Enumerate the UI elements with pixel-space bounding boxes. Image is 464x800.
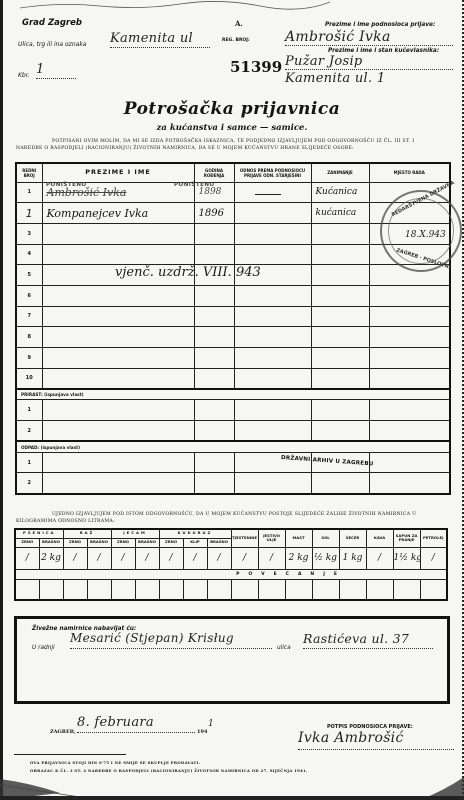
name-cell[interactable] (42, 400, 194, 421)
table-row: 1 (16, 452, 450, 473)
supply-cell[interactable]: 1½ kg (393, 547, 420, 569)
supply-cell[interactable]: / (366, 547, 393, 569)
declaration-line-1: UJEDNO IZJAVLJUJEM POD ISTOM ODGOVORNOŠĆ… (52, 512, 416, 517)
table-row: 2 (16, 473, 450, 494)
supply-cell[interactable]: / (159, 547, 183, 569)
date-field[interactable]: 8. februara (77, 715, 195, 733)
col-header-birth-year: GODINA ROĐENJA (194, 163, 234, 182)
relation-cell[interactable] (234, 400, 311, 421)
occupation-cell[interactable] (311, 473, 369, 494)
supply-increase-cell[interactable] (63, 579, 87, 600)
group-header-barley: JEČAM (111, 529, 159, 538)
document-page: Grad Zagreb Ulica, trg ili ina oznaka Ka… (0, 0, 464, 800)
supply-cell[interactable]: / (63, 547, 87, 569)
birth-year-cell[interactable] (194, 223, 234, 244)
birth-year-cell[interactable] (194, 348, 234, 369)
birth-year-cell[interactable] (194, 452, 234, 473)
supply-increase-cell[interactable] (258, 579, 285, 600)
supply-increase-cell[interactable] (339, 579, 366, 600)
row-number: 1 (16, 203, 42, 224)
decrease-section-label: ODPAD: (ispunjava vlast) (16, 441, 450, 452)
col-header-relation: ODNOS PREMA PODNOSIOCU PRIJAVE ODN. STAR… (234, 163, 311, 182)
group-header-wheat: PŠENICA (15, 529, 63, 538)
table-row: 1 (16, 400, 450, 421)
col-header-barley-flour: BRAŠNO (135, 538, 159, 547)
supply-cell[interactable]: / (111, 547, 135, 569)
workplace-cell[interactable] (369, 285, 450, 306)
supply-increase-cell[interactable] (285, 579, 312, 600)
col-header-salt: SOL (312, 529, 339, 547)
supply-cell[interactable]: / (207, 547, 231, 569)
col-header-wheat-grain: ZRNO (15, 538, 39, 547)
workplace-cell[interactable] (369, 368, 450, 389)
intro-line-1: POTPISANI OVIM MOLIM, DA MI SE IZDA POTR… (52, 139, 414, 144)
supply-increase-cell[interactable] (135, 579, 159, 600)
relation-cell[interactable] (234, 306, 311, 327)
relation-cell[interactable] (234, 473, 311, 494)
supply-increase-cell[interactable] (39, 579, 63, 600)
supply-cell[interactable]: ½ kg (312, 547, 339, 569)
workplace-cell[interactable] (369, 452, 450, 473)
col-header-coffee: KAVA (366, 529, 393, 547)
occupation-cell[interactable]: kućanica (311, 203, 369, 224)
supplies-increase-row (15, 579, 447, 600)
birth-year-cell[interactable] (194, 327, 234, 348)
supplies-increase-label-row: POVEĆANJE (15, 569, 447, 579)
occupation-cell[interactable] (311, 348, 369, 369)
relation-cell[interactable] (234, 421, 311, 442)
supply-cell[interactable]: / (183, 547, 207, 569)
workplace-cell[interactable] (369, 306, 450, 327)
name-cell[interactable]: Kompanejcev Ivka (42, 203, 194, 224)
street-label: Ulica, trg ili ina oznaka (18, 41, 86, 48)
col-header-rye-flour: BRAŠNO (87, 538, 111, 547)
supply-cell[interactable]: 2 kg (285, 547, 312, 569)
row-number: 8 (16, 327, 42, 348)
form-subtitle: za kućanstva i samce — samice. (0, 123, 464, 133)
table-row: 10 (16, 368, 450, 389)
shop-label: U radnji (32, 645, 55, 651)
intro-line-2: NAREDBE O RASPODJELI (RACIONIRANJU) ŽIVO… (16, 146, 354, 151)
declaration-line-2: KILOGRAMIMA ODNOSNO LITRAMA: (16, 519, 115, 524)
occupation-cell[interactable] (311, 368, 369, 389)
row-number: 2 (16, 421, 42, 442)
name-cell[interactable] (42, 223, 194, 244)
form-letter: A. (235, 19, 243, 28)
supply-increase-cell[interactable] (87, 579, 111, 600)
table-row: 8 (16, 327, 450, 348)
note-part-a: vjenč. uzdrž. (115, 265, 199, 280)
owner-address-field[interactable]: Kamenita ul. 1 (285, 71, 453, 87)
row-number: 2 (16, 473, 42, 494)
house-number-label: Kbr. (18, 72, 30, 79)
applicant-field[interactable]: Ambrošić Ivka (285, 29, 453, 46)
footer-divider (14, 754, 126, 755)
supplies-table: PŠENICA RAŽ JEČAM KUKURUZ TJESTENINE JES… (14, 528, 448, 601)
relation-cell[interactable] (234, 244, 311, 265)
row-number: 7 (16, 306, 42, 327)
group-header-rye: RAŽ (63, 529, 111, 538)
occupation-cell[interactable] (311, 400, 369, 421)
note-part-c: 943 (236, 265, 261, 280)
intro-text: POTPISANI OVIM MOLIM, DA MI SE IZDA POTR… (16, 138, 456, 152)
relation-cell[interactable] (234, 182, 311, 203)
owner-field[interactable]: Pužar Josip (285, 54, 453, 70)
supply-cell[interactable]: / (231, 547, 258, 569)
increase-section-row: PRIRAST: (ispunjava vlast) (16, 389, 450, 400)
row-number: 1 (16, 452, 42, 473)
birth-year-cell[interactable] (194, 244, 234, 265)
col-header-sugar: ŠEĆER (339, 529, 366, 547)
place-label: ZAGREB, (50, 729, 76, 735)
persons-header-row: REDNI BROJ PREZIME I IME GODINA ROĐENJA … (16, 163, 450, 182)
name-cell[interactable] (42, 473, 194, 494)
name-cell[interactable] (42, 348, 194, 369)
relation-cell[interactable] (234, 203, 311, 224)
name-cell[interactable] (42, 368, 194, 389)
name-cell[interactable] (42, 327, 194, 348)
workplace-cell[interactable] (369, 348, 450, 369)
increase-section-label: PRIRAST: (ispunjava vlast) (16, 389, 450, 400)
row-number: 4 (16, 244, 42, 265)
supply-increase-cell[interactable] (366, 579, 393, 600)
relation-dash (255, 194, 281, 195)
supply-increase-cell[interactable] (393, 579, 420, 600)
relation-cell[interactable] (234, 348, 311, 369)
supply-cell[interactable]: / (15, 547, 39, 569)
supply-increase-cell[interactable] (183, 579, 207, 600)
scan-edge-left (0, 0, 3, 800)
supply-increase-cell[interactable] (312, 579, 339, 600)
occupation-cell[interactable] (311, 306, 369, 327)
col-header-lard: MAST (285, 529, 312, 547)
birth-year-cell[interactable] (194, 306, 234, 327)
relation-cell[interactable] (234, 285, 311, 306)
supply-cell[interactable]: / (135, 547, 159, 569)
relation-cell[interactable] (234, 223, 311, 244)
supply-increase-cell[interactable] (207, 579, 231, 600)
row-number: 1 (16, 400, 42, 421)
birth-year-cell[interactable] (194, 368, 234, 389)
col-header-oil: JESTIVO ULJE (258, 529, 285, 547)
row-number: 10 (16, 368, 42, 389)
occupation-cell[interactable] (311, 265, 369, 286)
birth-year-cell[interactable] (194, 421, 234, 442)
col-header-rye-grain: ZRNO (63, 538, 87, 547)
row-number: 3 (16, 223, 42, 244)
col-header-wheat-flour: BRAŠNO (39, 538, 63, 547)
occupation-cell[interactable] (311, 244, 369, 265)
workplace-cell[interactable] (369, 400, 450, 421)
row-number: 1 (16, 182, 42, 203)
shop-street-label: ulica (277, 645, 291, 651)
reg-number-label: REG. BROJ: (222, 38, 250, 43)
name-cell[interactable] (42, 421, 194, 442)
occupation-cell[interactable]: Kućanica (311, 182, 369, 203)
occupation-cell[interactable] (311, 223, 369, 244)
col-header-kerosene: PETROLEJ (420, 529, 447, 547)
supply-cell[interactable]: 1 kg (339, 547, 366, 569)
name-cell[interactable] (42, 306, 194, 327)
applicant-label: Prezime i ime podnosioca prijave: (325, 22, 435, 28)
occupation-cell[interactable] (311, 327, 369, 348)
cancel-stamp-left: PONIŠTENO (46, 182, 87, 188)
row-number: 9 (16, 348, 42, 369)
col-header-soap: SAPUN ZA PRANJE (393, 529, 420, 547)
row-number: 5 (16, 265, 42, 286)
form-title: Potrošačka prijavnica (0, 99, 464, 119)
supply-increase-cell[interactable] (111, 579, 135, 600)
occupation-cell[interactable] (311, 421, 369, 442)
table-row: 6 (16, 285, 450, 306)
group-header-corn: KUKURUZ (159, 529, 231, 538)
col-header-corn-cob: KLIP (183, 538, 207, 547)
table-row: 9 (16, 348, 450, 369)
table-row: 2 (16, 421, 450, 442)
supply-increase-cell[interactable] (231, 579, 258, 600)
shop-field[interactable]: Mesarić (Stjepan) Krisług (70, 631, 272, 649)
name-cell[interactable] (42, 244, 194, 265)
workplace-cell[interactable] (369, 473, 450, 494)
workplace-cell[interactable] (369, 327, 450, 348)
stamp-date: 18.X.943 (405, 230, 446, 240)
footer-note-regulation: OBRAZAC K ČL. 3 ST. 2 NAREDBE O RASPODJE… (30, 768, 308, 773)
supplies-values-row: / 2 kg / / / / / / / / / 2 kg ½ kg 1 kg … (15, 547, 447, 569)
supply-increase-cell[interactable] (420, 579, 447, 600)
col-header-corn-flour: BRAŠNO (207, 538, 231, 547)
signature-field[interactable]: Ivka Ambrošić (298, 730, 454, 750)
supplies-group-header-row: PŠENICA RAŽ JEČAM KUKURUZ TJESTENINE JES… (15, 529, 447, 538)
col-header-name: PREZIME I IME (42, 163, 194, 182)
col-header-corn-grain: ZRNO (159, 538, 183, 547)
supply-cell[interactable]: / (420, 547, 447, 569)
year-prefix: 194 (197, 729, 207, 735)
occupation-cell[interactable] (311, 285, 369, 306)
supply-cell[interactable]: / (87, 547, 111, 569)
relation-cell[interactable] (234, 327, 311, 348)
table-row: 7 (16, 306, 450, 327)
workplace-cell[interactable] (369, 421, 450, 442)
house-number-field[interactable]: 1 (36, 62, 76, 79)
increase-label: POVEĆANJE (15, 569, 447, 579)
cancel-stamp-right: PONIŠTENO (174, 182, 215, 188)
scan-artifact-bottom (0, 775, 464, 800)
col-header-no: REDNI BROJ (16, 163, 42, 182)
row-number: 6 (16, 285, 42, 306)
reg-number: 51399 (230, 58, 282, 76)
col-header-occupation: ZANIMANJE (311, 163, 369, 182)
handwritten-note: vjenč. uzdrž. VIII. 943 (115, 265, 261, 280)
note-part-b: VIII. (203, 265, 232, 280)
street-field[interactable]: Kamenita ul (110, 31, 210, 48)
name-cell[interactable] (42, 285, 194, 306)
supply-increase-cell[interactable] (159, 579, 183, 600)
year-field[interactable]: 1 (208, 719, 214, 729)
declaration-text: UJEDNO IZJAVLJUJEM POD ISTOM ODGOVORNOŠĆ… (16, 511, 456, 525)
col-header-barley-grain: ZRNO (111, 538, 135, 547)
supply-cell[interactable]: / (258, 547, 285, 569)
supply-cell[interactable]: 2 kg (39, 547, 63, 569)
supply-increase-cell[interactable] (15, 579, 39, 600)
city-name: Grad Zagreb (22, 18, 82, 28)
birth-year-cell[interactable]: 1896 (194, 203, 234, 224)
shop-street-field[interactable]: Rastićeva ul. 37 (303, 631, 433, 649)
col-header-workplace: MJESTO RADA (369, 163, 450, 182)
scan-artifact-top (20, 0, 330, 10)
birth-year-cell[interactable] (194, 473, 234, 494)
name-cell[interactable] (42, 452, 194, 473)
birth-year-cell[interactable] (194, 400, 234, 421)
col-header-pasta: TJESTENINE (231, 529, 258, 547)
relation-cell[interactable] (234, 368, 311, 389)
footer-note-price: OVA PRIJAVNICA STOJI DIN 0'75 I NE SMIJE… (30, 760, 200, 765)
decrease-section-row: ODPAD: (ispunjava vlast) (16, 441, 450, 452)
birth-year-cell[interactable] (194, 285, 234, 306)
